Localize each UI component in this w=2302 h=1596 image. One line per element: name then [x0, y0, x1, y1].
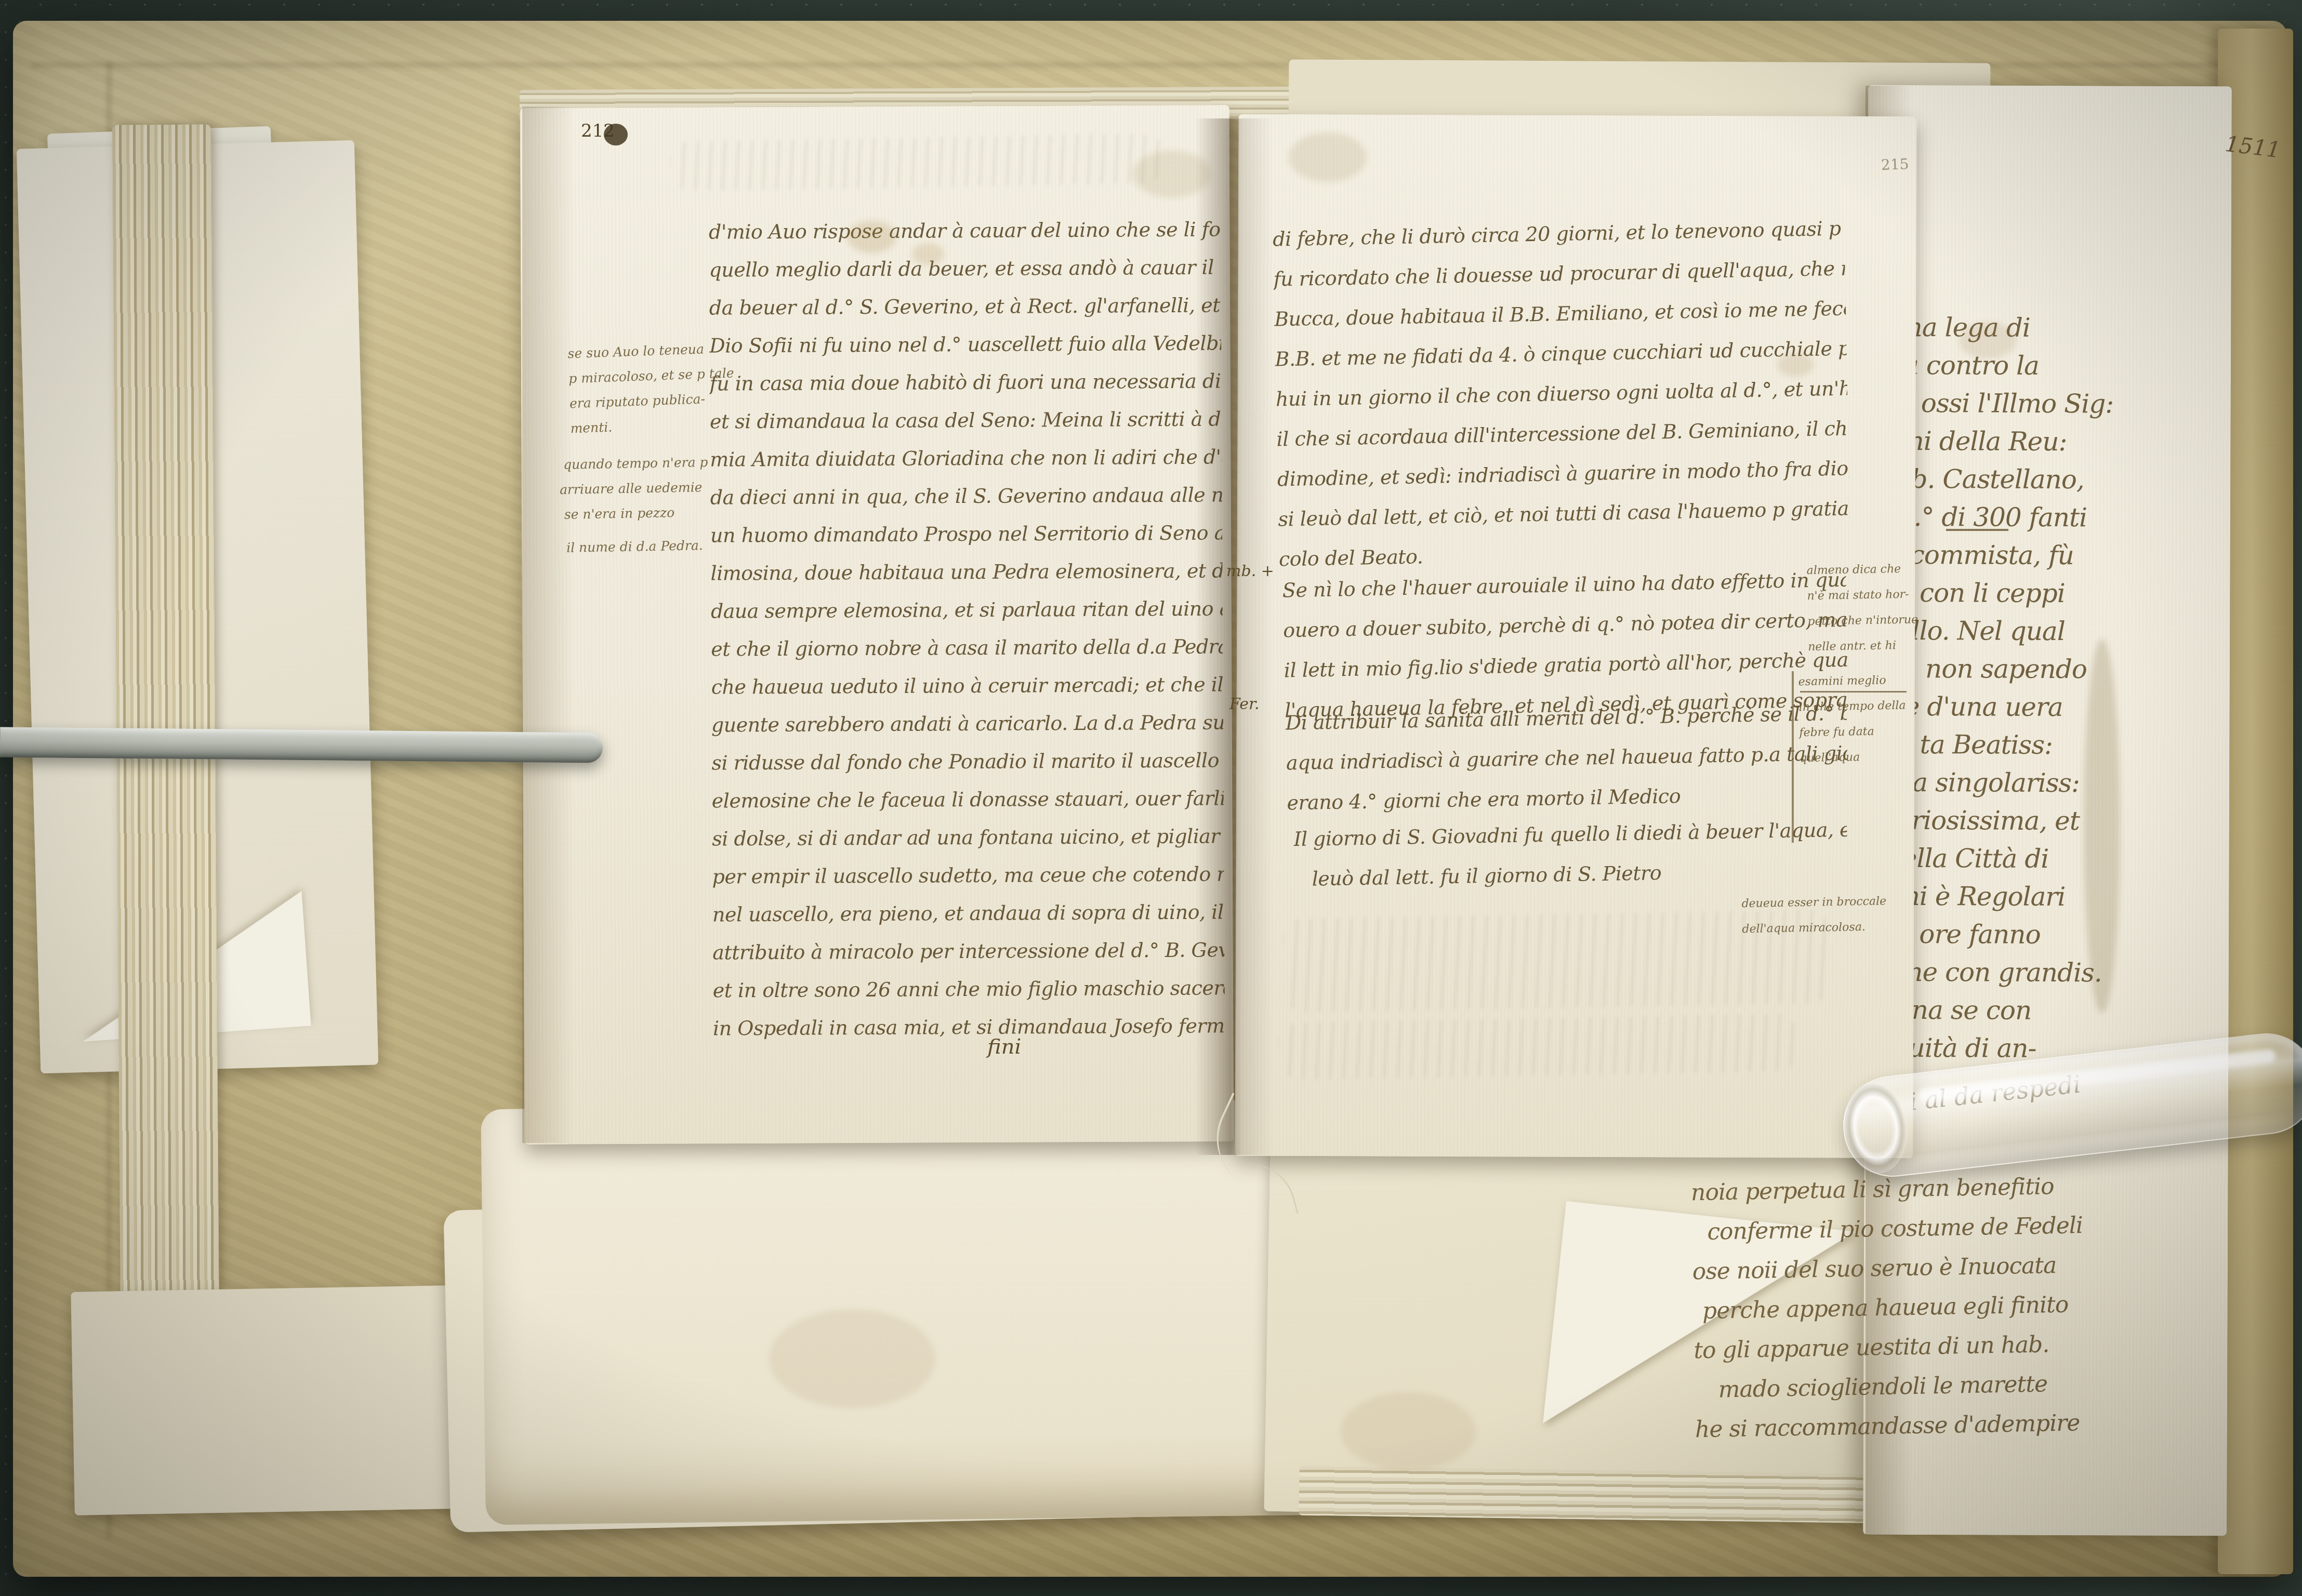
right-margin-mark-2: Fer.: [1229, 695, 1260, 713]
ink-blot: [604, 124, 628, 145]
right-bottom-annotation: deueua esser in broccaledell'aqua miraco…: [1741, 888, 1929, 942]
text-line: limosina, doue habitaua una Pedra elemos…: [710, 552, 1222, 592]
text-line: loriosissima, et: [1888, 802, 2221, 841]
show-through-inscription: [670, 134, 1165, 192]
text-line: e d'una uera: [1904, 688, 2221, 727]
lower-right-text-block: noia perpetua li sì gran benefitioconfer…: [1690, 1163, 2302, 1449]
right-folio-number: 215: [1881, 155, 1909, 174]
text-line: per empir il uascello sudetto, ma ceue c…: [712, 855, 1224, 896]
text-line: quello meglio darli da beuer, et essa an…: [709, 248, 1221, 289]
left-margin-note-1: se suo Auo lo teneuap miracoloso, et se …: [567, 336, 727, 441]
text-line: ella Città di: [1902, 840, 2221, 879]
paperweight-rod[interactable]: [0, 727, 603, 763]
text-line: arriuare alle uedemie: [560, 474, 731, 502]
stain: [769, 1309, 935, 1408]
text-line: quell'aqua: [1800, 743, 1930, 771]
text-line: che haueua ueduto il uino à ceruir merca…: [711, 666, 1223, 706]
right-sheet-text-column: ima lega dia contro laossi l'Illmo Sig:n…: [1887, 309, 2222, 1068]
bottom-page-edges-right: [1299, 1466, 1928, 1524]
text-line: nelle antr. et hi: [1808, 632, 1928, 660]
show-through-band-right-2: [1278, 1014, 1798, 1080]
text-line: da dieci anni in qua, che il S. Geverino…: [710, 476, 1222, 516]
text-line: pina se con: [1888, 991, 2220, 1030]
text-line: e, con li ceppi: [1889, 574, 2222, 613]
stain: [1289, 132, 1367, 182]
left-page-edge-shading: [522, 107, 574, 1143]
text-line: non sapendo: [1925, 650, 2221, 689]
text-line: in Ospedali in casa mia, et si dimandaua…: [713, 1007, 1225, 1047]
text-line: petto che n'intorue: [1807, 607, 1927, 634]
stain: [1959, 322, 2016, 358]
text-line: ni della Reu:: [1908, 422, 2222, 461]
text-line: a contro la: [1903, 347, 2222, 385]
text-line: daua sempre elemosina, et si parlaua rit…: [711, 590, 1223, 630]
text-line: ollo. Nel qual: [1896, 612, 2221, 651]
text-line: nel uascello, era pieno, et andaua di so…: [712, 893, 1224, 934]
text-line: d'mio Auo rispose andar à cauar del uino…: [709, 210, 1221, 251]
text-line: quando tempo n'era p: [563, 449, 730, 477]
text-line: oni è Regolari: [1888, 877, 2220, 916]
text-line: febre fu data: [1799, 718, 1929, 746]
text-line: n'è mai stato hor-: [1807, 581, 1927, 609]
text-line: deueua esser in broccale: [1741, 888, 1929, 916]
text-line: ossi l'Illmo Sig:: [1921, 384, 2222, 423]
text-line: almeno dica che: [1806, 556, 1926, 583]
text-line: ub. Castellano,: [1895, 460, 2222, 499]
stain: [912, 243, 944, 265]
loose-sheet-bottom-left: [71, 1285, 480, 1515]
text-line: da beuer al d.° S. Geverino, et à Rect. …: [709, 286, 1221, 327]
right-side-note-2: esamini meglioin che tempo dellafebre fu…: [1798, 667, 1929, 771]
right-page-block-3: Di attribuir la sanità alli meriti del d…: [1285, 694, 1848, 823]
text-line: un huomo dimandato Prospo nel Serritorio…: [710, 514, 1222, 554]
underline-side-note: [1800, 691, 1907, 693]
right-page-block-4: Il giorno di S. Giovadni fu quello li di…: [1293, 810, 1848, 900]
text-line: m.° di 300 fanti: [1889, 498, 2222, 537]
text-line: Dio Sofii ni fu uino nel d.° uascellett …: [709, 324, 1221, 365]
underline-300: [1946, 529, 2008, 531]
text-line: ta Beatiss:: [1920, 726, 2221, 765]
text-line: guente sarebbero andati à caricarlo. La …: [711, 703, 1223, 744]
text-line: fu in casa mia doue habitò di fuori una …: [709, 362, 1221, 403]
side-note-bracket: [1792, 671, 1797, 843]
stain: [1133, 151, 1211, 197]
text-line: et che il giorno nobre à casa il marito …: [711, 628, 1223, 668]
text-line: commista, fù: [1910, 536, 2222, 575]
text-line: a singolariss:: [1912, 764, 2221, 803]
left-page-text-block: d'mio Auo rispose andar à cauar del uino…: [709, 210, 1225, 1047]
text-line: dell'aqua miracolosa.: [1742, 913, 1929, 942]
text-line: in che tempo della: [1798, 693, 1929, 720]
text-line: se n'era in pezzo: [564, 499, 731, 527]
text-line: et in oltre sono 26 anni che mio figlio …: [712, 969, 1224, 1009]
left-margin-note-3: il nume di d.a Pedra.: [566, 533, 733, 561]
left-margin-note-2: quando tempo n'era parriuare alle uedemi…: [563, 449, 731, 527]
right-margin-mark-1: mb. +: [1226, 562, 1274, 580]
text-line: me con grandis.: [1898, 953, 2220, 992]
stain: [1341, 1392, 1476, 1470]
left-page-closing-word: fini: [987, 1035, 1021, 1059]
photograph-stage: 1511 ima lega dia contro laossi l'Illmo …: [0, 0, 2302, 1596]
text-line: mia Amita diuidata Gloriadina che non li…: [710, 438, 1222, 478]
book-gutter-shadow: [1195, 118, 1273, 1155]
stain: [1777, 353, 1814, 377]
text-line: si dolse, si di andar ad una fontana uic…: [712, 817, 1224, 858]
text-line: si ridusse dal fondo che Ponadio il mari…: [711, 741, 1223, 782]
text-line: et si dimandaua la casa del Seno: Meina …: [710, 400, 1222, 441]
stain: [847, 221, 896, 253]
right-side-note-1: almeno dica chen'è mai stato hor-petto c…: [1806, 556, 1927, 660]
right-page-block-1: di febre, che li durò circa 20 giorni, e…: [1272, 209, 1850, 580]
page-block-deckled-edges: [112, 124, 220, 1468]
text-line: attribuito à miracolo per intercessione …: [712, 931, 1224, 972]
text-line: ima lega di: [1890, 309, 2222, 348]
text-line: il nume di d.a Pedra.: [566, 533, 733, 561]
text-line: elemosine che le faceua li donasse staua…: [712, 779, 1224, 820]
text-line: ore fanno: [1919, 915, 2220, 954]
